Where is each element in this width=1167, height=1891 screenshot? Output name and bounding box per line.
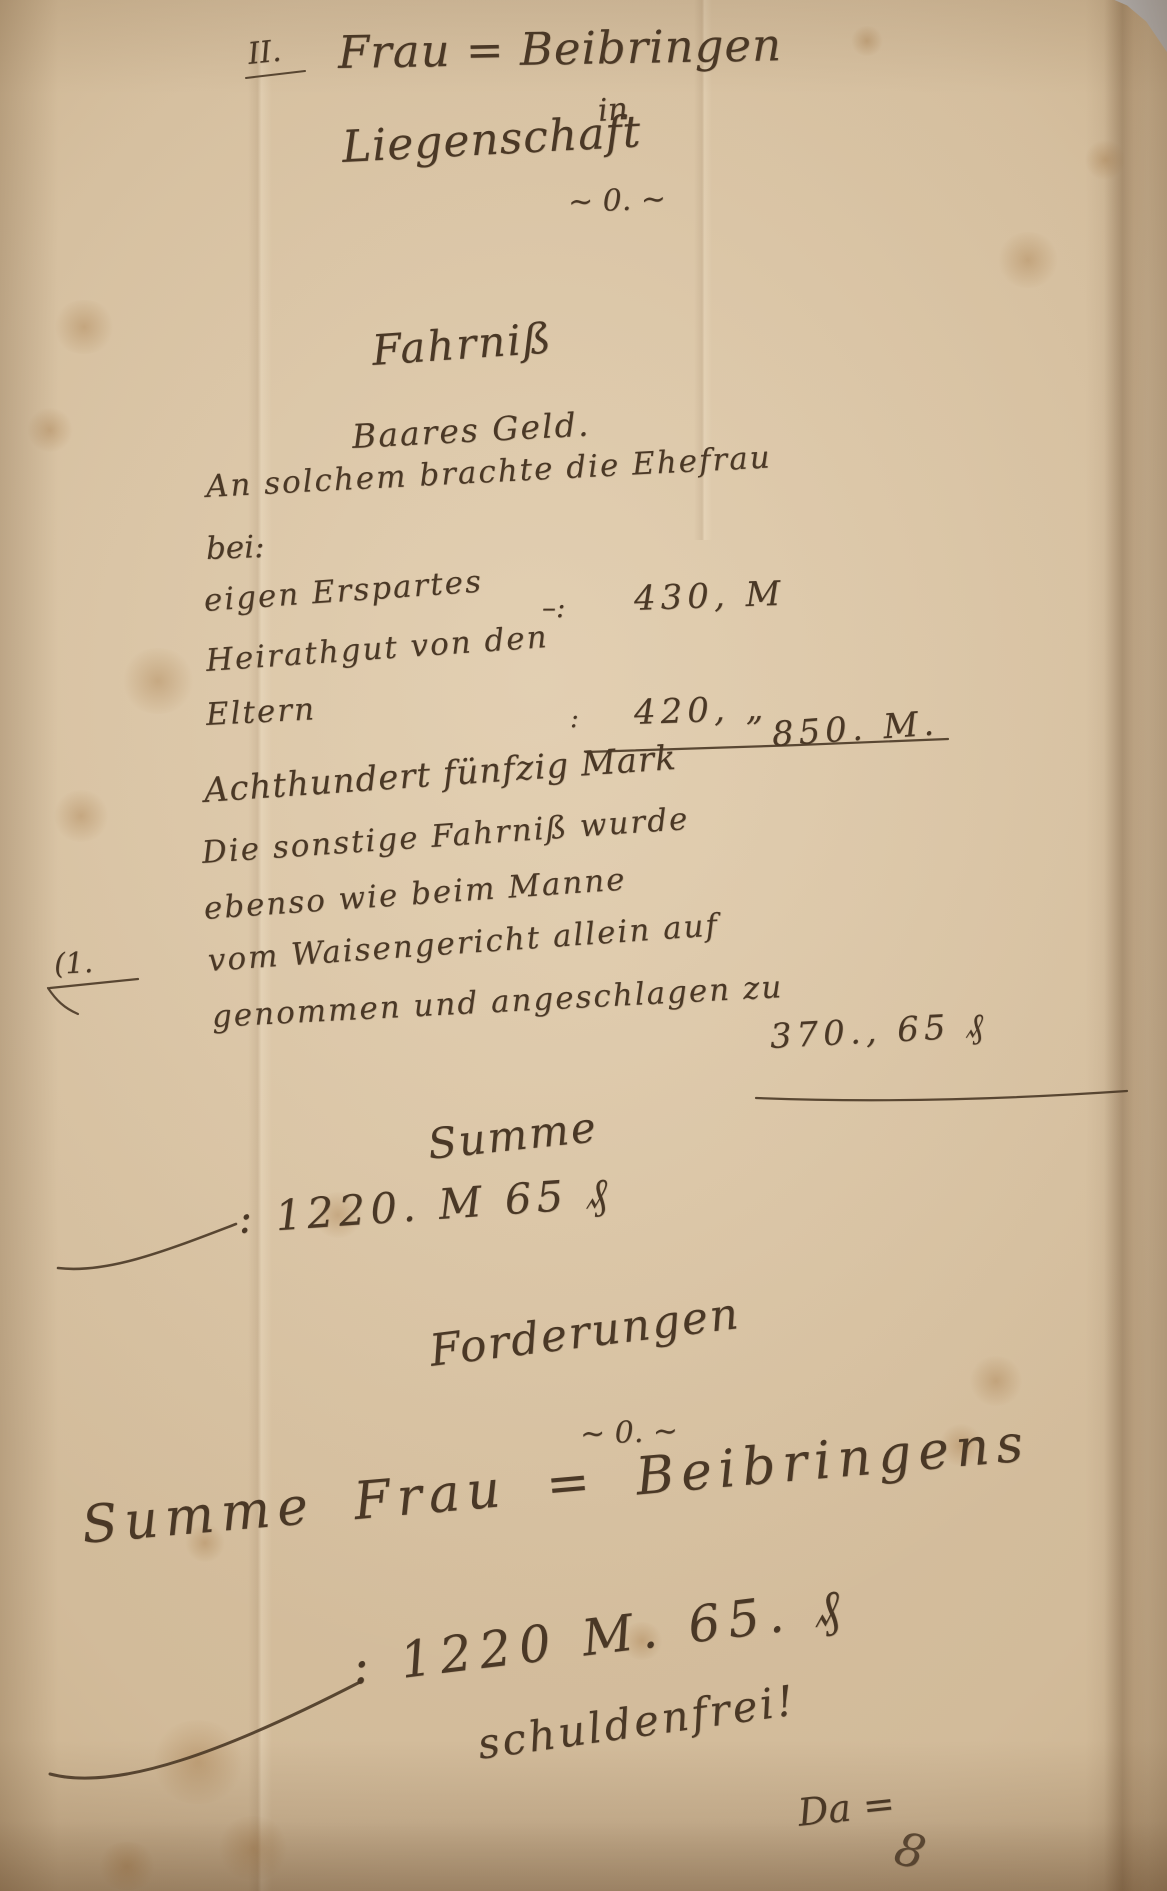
entry-1-amount: 430, M [633, 577, 785, 616]
entry-2-label-line2: Eltern [205, 694, 317, 731]
page-number: II. [246, 37, 282, 70]
entry-2-separator: : [570, 706, 579, 732]
intro-line-2: bei: [205, 532, 265, 565]
entry-1-separator: –: [542, 594, 565, 622]
entry-2-amount: 420, „ [633, 691, 768, 730]
fahrnis-heading: Fahrniß [371, 317, 554, 372]
nil-mark-top: ~ 0. ~ [567, 185, 666, 218]
margin-mark: (1. [53, 948, 93, 979]
catchword: Da = [796, 1784, 896, 1832]
note-amount: 370., 65 ₰ [769, 1009, 989, 1054]
manuscript-page: II. Frau = Beibringen in Liegenschaft ~ … [0, 0, 1167, 1891]
doc-title: Frau = Beibringen [338, 22, 783, 75]
